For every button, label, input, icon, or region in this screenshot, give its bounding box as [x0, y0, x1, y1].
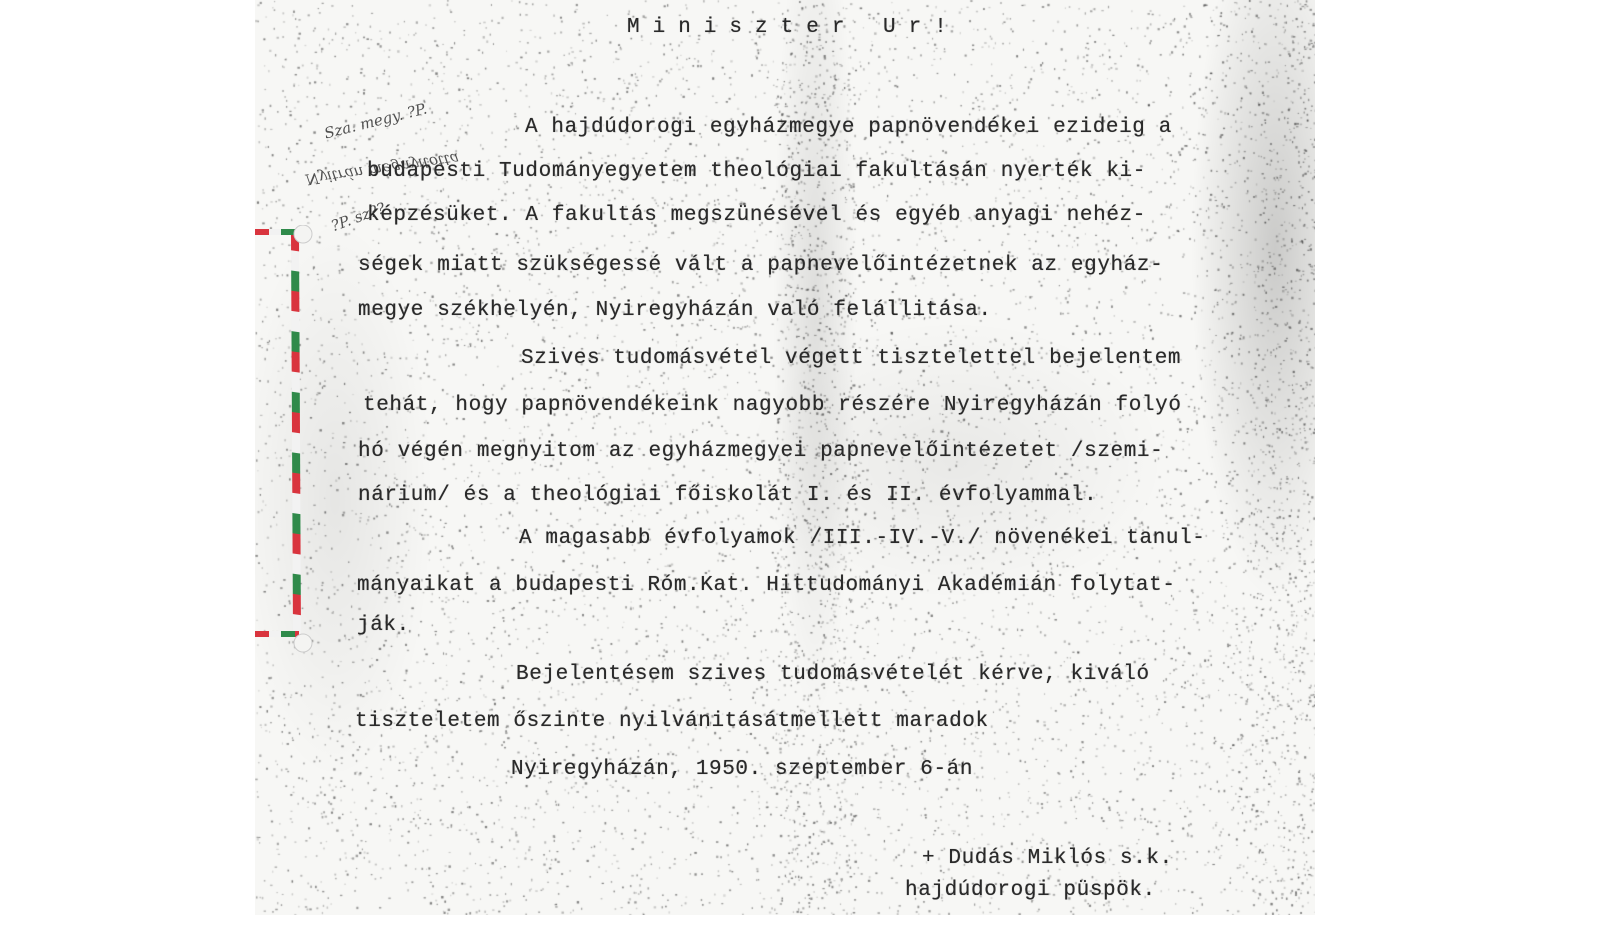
text-line: tiszteletem őszinte nyilvánitásátmellett…: [355, 710, 989, 733]
text-line: budapesti Tudományegyetem theológiai fak…: [367, 160, 1146, 183]
text-line: megye székhelyén, Nyiregyházán való felá…: [358, 299, 992, 322]
binding-knob-top: [294, 225, 312, 243]
signature-role: hajdúdorogi püspök.: [905, 879, 1156, 902]
text-line: képzésüket. A fakultás megszünésével és …: [367, 204, 1146, 227]
text-line: Szives tudomásvétel végett tisztelettel …: [521, 347, 1181, 370]
text-line: ségek miatt szükségessé vált a papnevelő…: [358, 254, 1163, 277]
binding-knob-bottom: [294, 634, 312, 652]
text-line: Bejelentésem szives tudomásvételét kérve…: [516, 663, 1150, 686]
text-line: tehát, hogy papnövendékeink nagyobb rész…: [363, 394, 1182, 417]
text-line: mányaikat a budapesti Róm.Kat. Hittudomá…: [357, 574, 1176, 597]
text-line: nárium/ és a theológiai főiskolát I. és …: [358, 484, 1097, 507]
text-line: A hajdúdorogi egyházmegye papnövendékei …: [525, 116, 1172, 139]
text-line: A magasabb évfolyamok /III.-IV.-V./ növe…: [519, 527, 1206, 550]
binding-string: [255, 225, 315, 655]
place-date: Nyiregyházán, 1950. szeptember 6-án: [511, 758, 973, 781]
signature-name: + Dudás Miklós s.k.: [922, 847, 1173, 870]
document-page: Miniszter Ur! A hajdúdorogi egyházmegye …: [255, 0, 1315, 915]
text-line: ják.: [357, 614, 410, 637]
letter-salutation: Miniszter Ur!: [627, 16, 960, 39]
text-line: hó végén megnyitom az egyházmegyei papne…: [358, 440, 1163, 463]
